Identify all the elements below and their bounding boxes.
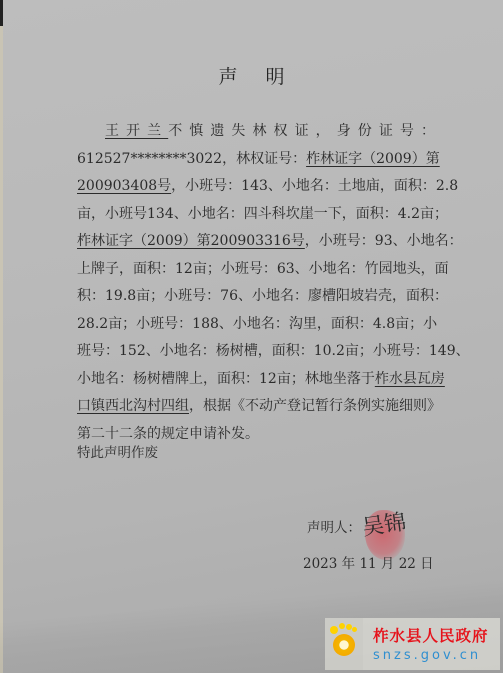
handwritten-signature: 吴锦 — [360, 505, 408, 542]
body-line: 柞林证字（2009）第200903316号，小班号：93、小地名： — [77, 228, 435, 256]
body-text: ，小班号：93、小地名： — [305, 233, 463, 249]
body-text: 第二十二条的规定申请补发。 — [77, 426, 259, 442]
body-line: 200903408号，小班号：143、小地名：土地庙，面积：2.8 — [77, 173, 435, 201]
body-line: 积：19.8亩；小班号：76、小地名：廖槽阳坡岩壳，面积： — [77, 283, 435, 311]
underlined-text: 柞水县瓦房 — [375, 371, 445, 387]
body-text: 积：19.8亩；小班号：76、小地名：廖槽阳坡岩壳，面积： — [77, 288, 448, 304]
underlined-text: 口镇西北沟村四组 — [77, 398, 189, 414]
body-line: 班号：152、小地名：杨树槽，面积：10.2亩；小班号：149、 — [77, 338, 435, 366]
body-text: 不慎遗失林权证，身份证号： — [168, 123, 435, 139]
signer-label: 声明人： — [307, 516, 361, 536]
underlined-text: 柞林证字（2009）第200903316号 — [77, 233, 305, 249]
document-title: 声明 — [0, 62, 503, 89]
watermark-site-name: 柞水县人民政府 — [373, 624, 489, 646]
body-text: 28.2亩；小班号：188、小地名：沟里，面积：4.8亩；小 — [77, 316, 437, 332]
body-text: 小地名：杨树槽牌上，面积：12亩；林地坐落于 — [77, 371, 375, 387]
watermark-site-url: snzs.gov.cn — [373, 648, 489, 663]
underlined-text: 柞林证字（2009）第 — [306, 151, 440, 167]
body-text: 班号：152、小地名：杨树槽，面积：10.2亩；小班号：149、 — [77, 343, 470, 359]
body-line: 口镇西北沟村四组，根据《不动产登记暂行条例实施细则》 — [77, 393, 435, 421]
body-line: 上牌子，面积：12亩；小班号：63、小地名：竹园地头，面 — [77, 256, 435, 284]
body-text: 612527********3022，林权证号： — [77, 151, 306, 167]
body-line: 小地名：杨树槽牌上，面积：12亩；林地坐落于柞水县瓦房 — [77, 366, 435, 394]
body-text: 上牌子，面积：12亩；小班号：63、小地名：竹园地头，面 — [77, 261, 449, 277]
underlined-text: 200903408号 — [77, 178, 171, 194]
body-line: 612527********3022，林权证号：柞林证字（2009）第 — [77, 146, 435, 174]
body-text: ，小班号：143、小地名：土地庙，面积：2.8 — [171, 178, 458, 194]
underlined-text: 王开兰 — [105, 123, 168, 139]
body-line: 亩，小班号134、小地名：四斗科坎崖一下，面积：4.2亩； — [77, 201, 435, 229]
statement-body: 王开兰不慎遗失林权证，身份证号：612527********3022，林权证号：… — [77, 118, 435, 448]
photo-edge-dark — [0, 0, 3, 26]
statement-date: 2023 年 11 月 22 日 — [303, 552, 434, 572]
body-line: 28.2亩；小班号：188、小地名：沟里，面积：4.8亩；小 — [77, 311, 435, 339]
body-text: 亩，小班号134、小地名：四斗科坎崖一下，面积：4.2亩； — [77, 206, 448, 222]
body-line: 王开兰不慎遗失林权证，身份证号： — [77, 118, 435, 146]
closing-statement: 特此声明作废 — [77, 441, 158, 461]
watermark-badge: 柞水县人民政府 snzs.gov.cn — [325, 618, 500, 670]
footprint-logo-icon — [325, 618, 363, 670]
body-text: ，根据《不动产登记暂行条例实施细则》 — [189, 398, 441, 414]
